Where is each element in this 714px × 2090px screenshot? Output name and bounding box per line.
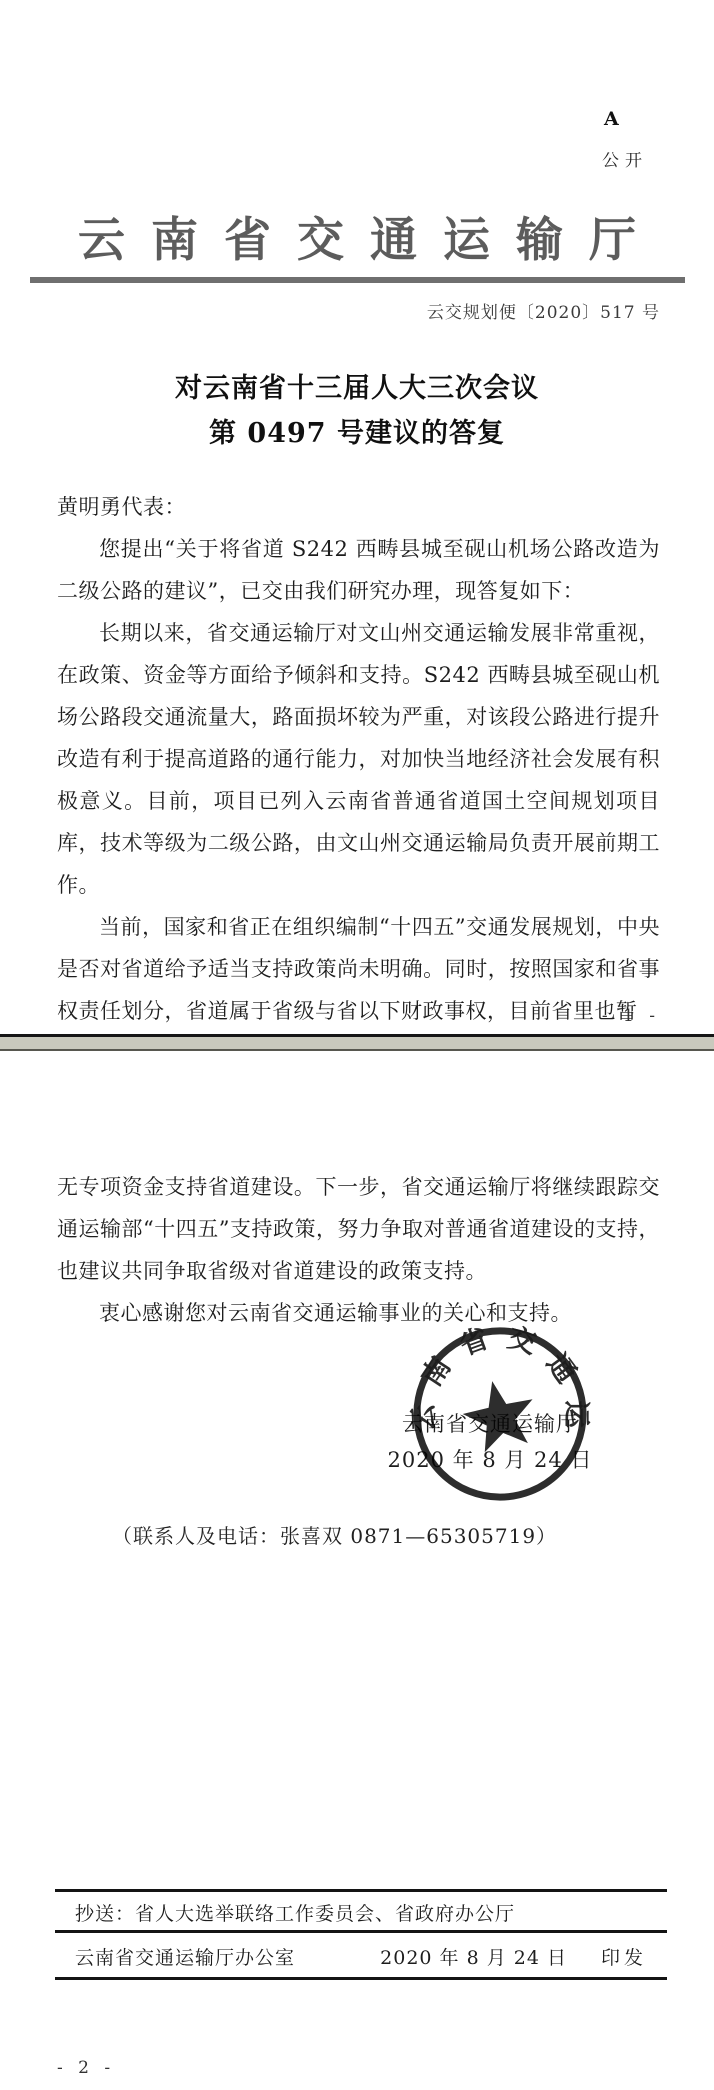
letterhead-rule: [30, 277, 685, 283]
cc-rule-middle: [55, 1930, 667, 1933]
document-number: 云交规划便〔2020〕517 号: [0, 298, 660, 323]
page-number-2: - 2 -: [57, 2058, 115, 2078]
page-break-band: [0, 1034, 714, 1051]
classification-grade: A: [604, 108, 621, 130]
official-seal-stamp-icon: 云南省交通运输厅: [406, 1320, 594, 1508]
agency-letterhead: 云南省交通运输厅: [0, 203, 714, 270]
body-page2: 无专项资金支持省道建设。下一步，省交通运输厅将继续跟踪交通运输部“十四五”支持政…: [57, 1166, 660, 1334]
issue-row: 云南省交通运输厅办公室 2020 年 8 月 24 日 印发: [75, 1943, 647, 1970]
salutation: 黄明勇代表：: [57, 486, 660, 528]
paragraph-continuation: 无专项资金支持省道建设。下一步，省交通运输厅将继续跟踪交通运输部“十四五”支持政…: [57, 1166, 660, 1292]
issue-label: 印发: [601, 1943, 647, 1970]
publicity-label: 公开: [602, 146, 648, 171]
page-number-1: - 1 -: [0, 1006, 660, 1026]
title-line-2: 第 0497 号建议的答复: [0, 411, 714, 456]
paragraph: 长期以来，省交通运输厅对文山州交通运输发展非常重视，在政策、资金等方面给予倾斜和…: [57, 612, 660, 906]
issuer-office: 云南省交通运输厅办公室: [75, 1943, 295, 1970]
seal-star-icon: [457, 1374, 541, 1455]
body-page1: 黄明勇代表： 您提出“关于将省道 S242 西畴县城至砚山机场公路改造为二级公路…: [57, 486, 660, 1032]
title-line-1: 对云南省十三届人大三次会议: [0, 366, 714, 411]
cc-rule-top: [55, 1889, 667, 1892]
cc-line: 抄送：省人大选举联络工作委员会、省政府办公厅: [75, 1899, 515, 1926]
contact-line: （联系人及电话：张喜双 0871—65305719）: [112, 1520, 557, 1549]
scanned-official-document: A 公开 云南省交通运输厅 云交规划便〔2020〕517 号 对云南省十三届人大…: [0, 0, 714, 2090]
document-title: 对云南省十三届人大三次会议 第 0497 号建议的答复: [0, 366, 714, 456]
cc-rule-bottom: [55, 1977, 667, 1980]
paragraph: 您提出“关于将省道 S242 西畴县城至砚山机场公路改造为二级公路的建议”，已交…: [57, 528, 660, 612]
issue-date: 2020 年 8 月 24 日: [380, 1943, 567, 1970]
